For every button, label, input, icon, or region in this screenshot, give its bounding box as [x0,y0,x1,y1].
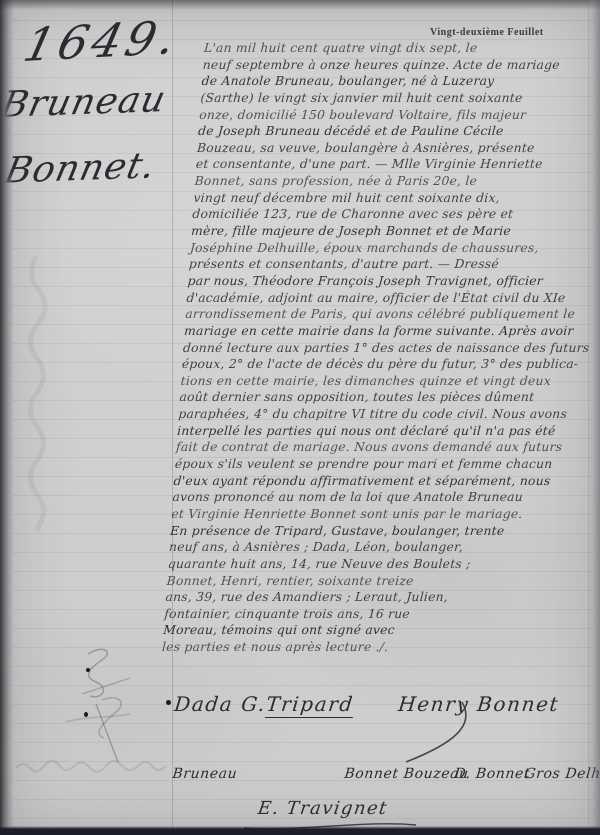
act-body-line: quarante huit ans, 14, rue Neuve des Bou… [167,556,578,573]
scan-edge-right [588,0,600,835]
scan-edge-top [0,0,600,10]
ink-speck [86,668,90,672]
scan-edge-bottom [0,826,600,835]
act-body-line: Bonnet, sans profession, née à Paris 20e… [194,173,600,190]
act-body-line: neuf septembre à onze heures quinze. Act… [202,57,600,74]
act-body-line: arrondissement de Paris, qui avons céléb… [185,306,596,323]
act-body-line: ans, 39, rue des Amandiers ; Leraut, Jul… [165,589,576,606]
act-body-line: paraphées, 4° du chapitre VI titre du co… [178,406,589,423]
family-signatures-row: BruneauBonnet BouzeauD. BonnetGros Delhu… [171,766,594,790]
act-body-line: d'académie, adjoint au maire, officier d… [186,290,597,307]
act-body-line: fontainier, cinquante trois ans, 16 rue [164,606,575,623]
family-signature: D. Bonnet [454,766,531,782]
act-body-line: onze, domicilié 150 boulevard Voltaire, … [199,107,600,124]
act-body-line: mère, fille majeure de Joseph Bonnet et … [191,223,600,240]
act-body-line: les parties et nous après lecture ./. [161,639,572,656]
act-body-line: époux s'ils veulent se prendre pour mari… [174,456,585,473]
official-signature: E. Travignet [257,798,390,819]
act-body-line: (Sarthe) le vingt six janvier mil huit c… [200,90,600,107]
family-signature: Bruneau [172,766,239,782]
act-body-line: et consentante, d'une part. — Mlle Virgi… [195,156,600,173]
act-body-line: époux, 2° de l'acte de décès du père du … [181,356,592,373]
act-body-line: d'eux ayant répondu affirmativement et s… [173,473,584,490]
margin-surname-groom: Bruneau [0,79,170,126]
act-body-line: Moreau, témoins qui ont signé avec [163,622,574,639]
act-body-line: vingt neuf décembre mil huit cent soixan… [193,190,600,207]
act-body-line: En présence de Tripard, Gustave, boulang… [170,523,581,540]
act-body-line: Bonnet, Henri, rentier, soixante treize [166,573,577,590]
act-body-line: août dernier sans opposition, toutes les… [179,389,590,406]
bleedthrough-mark [12,748,172,782]
bleedthrough-mark [16,250,56,550]
act-body-text: L'an mil huit cent quatre vingt dix sept… [161,40,600,656]
witness-signature: Tripard [265,692,355,718]
act-body-line: Joséphine Delhuille, époux marchands de … [189,240,600,257]
witness-signatures-row: Dada G.TripardHenry Bonnet [168,692,571,722]
ink-speck [84,712,88,717]
act-body-line: neuf ans, à Asnières ; Dada, Léon, boula… [168,539,579,556]
act-body-line: L'an mil huit cent quatre vingt dix sept… [203,40,600,57]
register-page-scan: Vingt-deuxième Feuillet 1649. Bruneau Bo… [0,0,600,835]
act-body-line: fait de contrat de mariage. Nous avons d… [175,439,586,456]
act-body-line: présents et consentants, d'autre part. —… [188,256,599,273]
act-body-line: mariage en cette mairie dans la forme su… [184,323,595,340]
scan-edge-left [0,0,14,835]
act-body-line: par nous, Théodore François Joseph Travi… [187,273,598,290]
act-body-line: de Joseph Bruneau décédé et de Pauline C… [198,123,600,140]
act-body-line: avons prononcé au nom de la loi que Anat… [172,489,583,506]
family-signature: Bonnet Bouzeau [344,766,470,782]
margin-surname-bride: Bonnet. [1,145,160,191]
act-body-line: interpellé les parties qui nous ont décl… [177,423,588,440]
act-body-line: donné lecture aux parties 1° des actes d… [182,340,593,357]
witness-signature: Dada G. [173,692,267,716]
act-body-line: tions en cette mairie, les dimanches qui… [180,373,591,390]
act-body-line: Bouzeau, sa veuve, boulangère à Asnières… [196,140,600,157]
ink-speck [166,700,171,705]
folio-header: Vingt-deuxième Feuillet [430,27,590,38]
act-body-line: et Virginie Henriette Bonnet sont unis p… [171,506,582,523]
signature-flourish-stroke [392,700,487,768]
act-number: 1649. [19,10,185,72]
act-body-line: de Anatole Bruneau, boulanger, né à Luze… [201,73,600,90]
act-body-line: domiciliée 123, rue de Charonne avec ses… [192,206,600,223]
